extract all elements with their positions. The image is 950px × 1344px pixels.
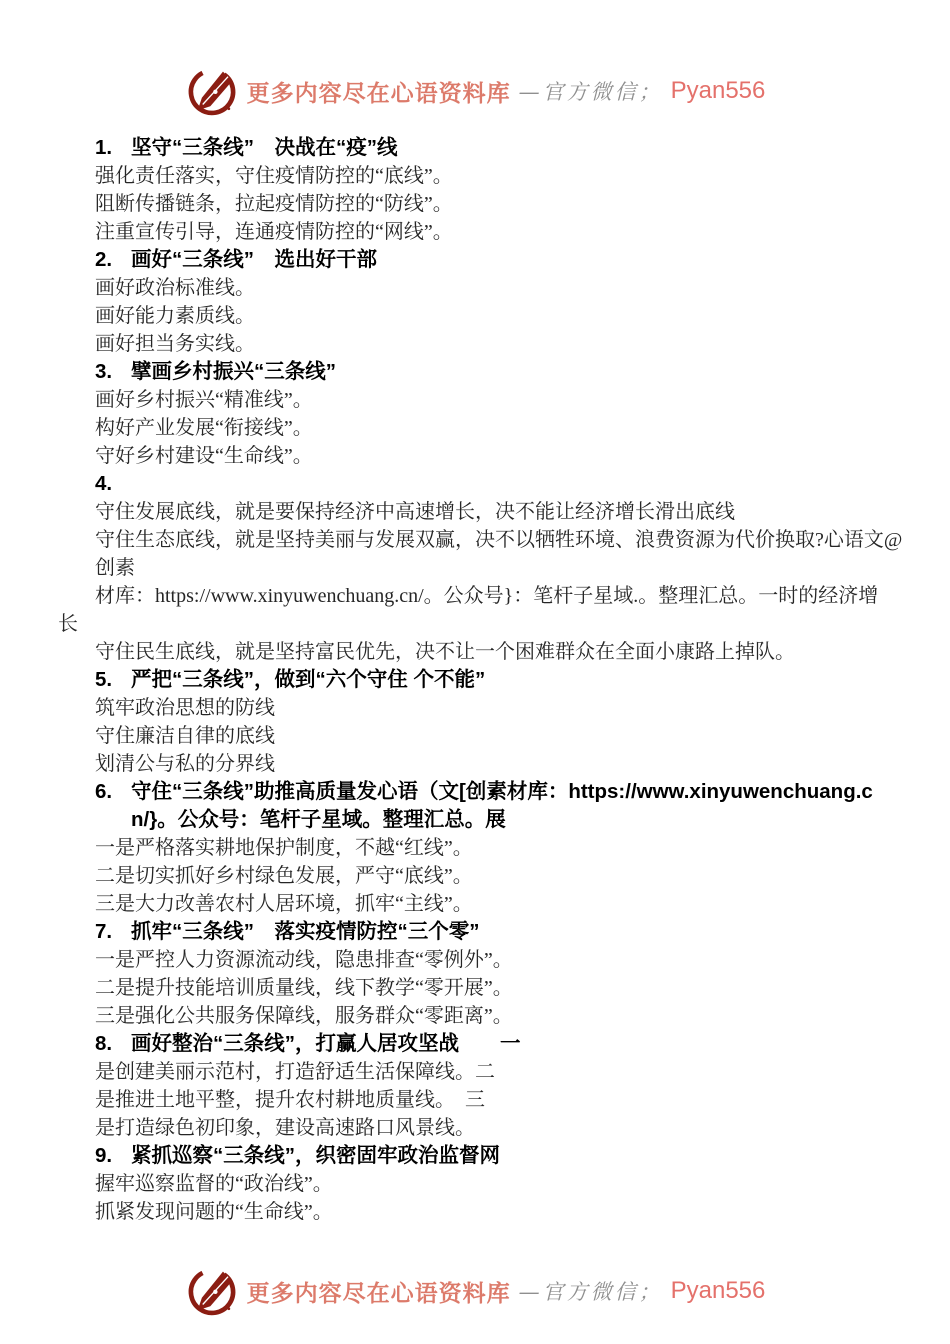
section-number: 4.	[95, 470, 131, 498]
body-line: 是创建美丽示范村，打造舒适生活保障线。二	[95, 1058, 905, 1086]
body-line: 画好担当务实线。	[95, 330, 905, 358]
document-page: 更多内容尽在心语资料库 —官方微信； Pyan556 1. 坚守“三条线” 决战…	[0, 0, 950, 1344]
list-section: 5. 严把“三条线”，做到“六个守住 个不能” 筑牢政治思想的防线守住廉洁自律的…	[95, 666, 905, 778]
list-section: 3. 擘画乡村振兴“三条线” 画好乡村振兴“精准线”。构好产业发展“衔接线”。守…	[95, 358, 905, 470]
body-line: 抓紧发现问题的“生命线”。	[95, 1198, 905, 1226]
body-line: 守住生态底线，就是坚持美丽与发展双赢，决不以牺牲环境、浪费资源为代价换取?心语文…	[95, 526, 905, 582]
section-heading: 2. 画好“三条线” 选出好干部	[95, 246, 905, 274]
body-line: 是打造绿色初印象，建设高速路口风景线。	[95, 1114, 905, 1142]
pen-nib-swirl-icon	[185, 1264, 239, 1318]
body-line: 三是强化公共服务保障线，服务群众“零距离”。	[95, 1002, 905, 1030]
list-section: 1. 坚守“三条线” 决战在“疫”线 强化责任落实，守住疫情防控的“底线”。阻断…	[95, 134, 905, 246]
body-line: 二是切实抓好乡村绿色发展，严守“底线”。	[95, 862, 905, 890]
body-line: 是推进土地平整，提升农村耕地质量线。 三	[95, 1086, 905, 1114]
body-line: 阻断传播链条，拉起疫情防控的“防线”。	[95, 190, 905, 218]
section-number: 3.	[95, 358, 131, 386]
list-section: 8. 画好整治“三条线”，打赢人居攻坚战 一 是创建美丽示范村，打造舒适生活保障…	[95, 1030, 905, 1142]
footer-watermark: 更多内容尽在心语资料库 —官方微信； Pyan556	[0, 1264, 950, 1318]
section-title-text: 擘画乡村振兴“三条线”	[131, 358, 905, 386]
section-number: 1.	[95, 134, 131, 162]
body-line: 材库：https://www.xinyuwenchuang.cn/。公众号}：笔…	[95, 582, 905, 610]
watermark-wechat-id: Pyan556	[671, 77, 766, 105]
section-title-text: 严把“三条线”，做到“六个守住 个不能”	[131, 666, 905, 694]
list-section: 4. 守住发展底线，就是要保持经济中高速增长，决不能让经济增长滑出底线守住生态底…	[95, 470, 905, 666]
section-heading: 8. 画好整治“三条线”，打赢人居攻坚战 一	[95, 1030, 905, 1058]
header-watermark: 更多内容尽在心语资料库 —官方微信； Pyan556	[0, 0, 950, 118]
section-title-text: 画好“三条线” 选出好干部	[131, 246, 905, 274]
list-section: 9. 紧抓巡察“三条线”，织密固牢政治监督网 握牢巡察监督的“政治线”。抓紧发现…	[95, 1142, 905, 1226]
body-line: 划清公与私的分界线	[95, 750, 905, 778]
watermark-brand-text: 更多内容尽在心语资料库	[247, 1275, 511, 1308]
section-title-text: 守住“三条线”助推高质量发心语（文[创素材库：https://www.xinyu…	[131, 778, 905, 834]
list-section: 2. 画好“三条线” 选出好干部 画好政治标准线。画好能力素质线。画好担当务实线…	[95, 246, 905, 358]
body-line: 筑牢政治思想的防线	[95, 694, 905, 722]
pen-nib-swirl-icon	[185, 64, 239, 118]
section-heading: 7. 抓牢“三条线” 落实疫情防控“三个零”	[95, 918, 905, 946]
section-heading: 3. 擘画乡村振兴“三条线”	[95, 358, 905, 386]
body-line: 画好乡村振兴“精准线”。	[95, 386, 905, 414]
body-line: 构好产业发展“衔接线”。	[95, 414, 905, 442]
section-heading: 9. 紧抓巡察“三条线”，织密固牢政治监督网	[95, 1142, 905, 1170]
section-number: 9.	[95, 1142, 131, 1170]
list-section: 7. 抓牢“三条线” 落实疫情防控“三个零” 一是严控人力资源流动线，隐患排查“…	[95, 918, 905, 1030]
section-title-text: 坚守“三条线” 决战在“疫”线	[131, 134, 905, 162]
body-line: 注重宣传引导，连通疫情防控的“网线”。	[95, 218, 905, 246]
section-number: 7.	[95, 918, 131, 946]
body-line: 长	[58, 610, 905, 638]
body-line: 守好乡村建设“生命线”。	[95, 442, 905, 470]
body-line: 画好能力素质线。	[95, 302, 905, 330]
section-number: 5.	[95, 666, 131, 694]
body-line: 画好政治标准线。	[95, 274, 905, 302]
section-number: 8.	[95, 1030, 131, 1058]
body-line: 强化责任落实，守住疫情防控的“底线”。	[95, 162, 905, 190]
section-title-text: 抓牢“三条线” 落实疫情防控“三个零”	[131, 918, 905, 946]
body-line: 一是严控人力资源流动线，隐患排查“零例外”。	[95, 946, 905, 974]
watermark-wechat-label: —官方微信；	[519, 1276, 663, 1306]
section-heading: 1. 坚守“三条线” 决战在“疫”线	[95, 134, 905, 162]
body-line: 一是严格落实耕地保护制度，不越“红线”。	[95, 834, 905, 862]
list-section: 6. 守住“三条线”助推高质量发心语（文[创素材库：https://www.xi…	[95, 778, 905, 918]
section-title-text: 紧抓巡察“三条线”，织密固牢政治监督网	[131, 1142, 905, 1170]
section-heading: 6. 守住“三条线”助推高质量发心语（文[创素材库：https://www.xi…	[95, 778, 905, 834]
watermark-wechat-id: Pyan556	[671, 1277, 766, 1305]
body-line: 守住发展底线，就是要保持经济中高速增长，决不能让经济增长滑出底线	[95, 498, 905, 526]
document-body: 1. 坚守“三条线” 决战在“疫”线 强化责任落实，守住疫情防控的“底线”。阻断…	[95, 134, 905, 1226]
body-line: 守住廉洁自律的底线	[95, 722, 905, 750]
watermark-brand-text: 更多内容尽在心语资料库	[247, 75, 511, 108]
body-line: 三是大力改善农村人居环境，抓牢“主线”。	[95, 890, 905, 918]
section-heading: 4.	[95, 470, 905, 498]
section-heading: 5. 严把“三条线”，做到“六个守住 个不能”	[95, 666, 905, 694]
section-title-text: 画好整治“三条线”，打赢人居攻坚战 一	[131, 1030, 905, 1058]
watermark-wechat-label: —官方微信；	[519, 76, 663, 106]
body-line: 握牢巡察监督的“政治线”。	[95, 1170, 905, 1198]
body-line: 二是提升技能培训质量线，线下教学“零开展”。	[95, 974, 905, 1002]
section-number: 6.	[95, 778, 131, 806]
section-number: 2.	[95, 246, 131, 274]
body-line: 守住民生底线，就是坚持富民优先，决不让一个困难群众在全面小康路上掉队。	[95, 638, 905, 666]
